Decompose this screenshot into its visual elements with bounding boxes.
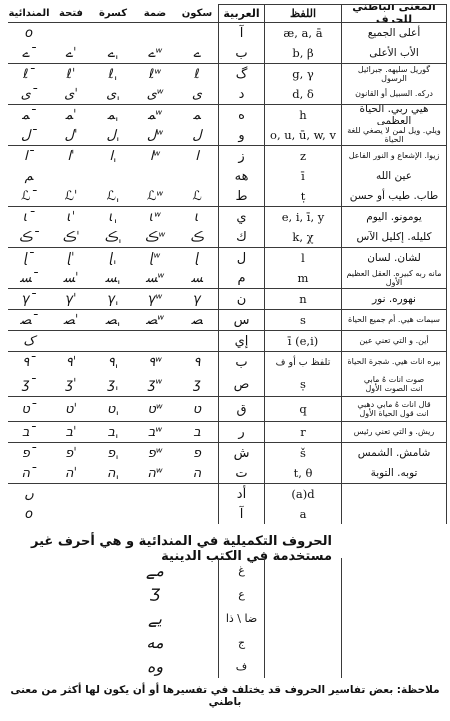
mandaic-glyph-fatha: ﻤˈ xyxy=(65,108,76,123)
letter-row-sin: سيمات هيي. أم جميع الحياةsسﺼﺼʷﺼˌﺼˈﺼˉ xyxy=(8,310,447,330)
mandaic-glyph-fatha: טˈ xyxy=(65,402,77,417)
pronunciation-cell: ī (e,i) xyxy=(264,331,341,351)
pronunciation-value: n xyxy=(299,292,306,306)
mandaic-glyph-cell-sukun: ט xyxy=(176,397,218,421)
mandaic-glyph-cell-damma: טʷ xyxy=(134,397,176,421)
alphabet-table: المعنى الباطني للحرف اللفظ العربية سكون … xyxy=(8,4,447,524)
arabic-letter-cell: ن xyxy=(218,289,264,309)
mandaic-glyph-cell-kasra: טˌ xyxy=(92,397,134,421)
arabic-letter-cell: آ xyxy=(218,23,264,43)
mandaic-glyph-cell-fatha xyxy=(50,331,92,351)
mandaic-glyph: وه xyxy=(147,657,163,676)
mandaic-glyph-cell-fatha: ىˈ xyxy=(50,84,92,104)
mandaic-glyph-cell-damma xyxy=(134,23,176,43)
mandaic-glyph-damma: ڪʷ xyxy=(145,230,165,245)
pronunciation-cell: z xyxy=(264,146,341,166)
mandaic-glyph-fatha: ɭˈ xyxy=(67,251,74,266)
mandaic-glyph-fatha: ۹ˈ xyxy=(66,355,77,370)
mandaic-glyph-cell-sukun: ﺴ xyxy=(176,268,218,288)
mandaic-glyph-cell-kasra xyxy=(92,331,134,351)
mandaic-glyph-cell-kasra: ﺼˌ xyxy=(92,310,134,330)
mandaic-glyph-cell-kasra: لˌ xyxy=(92,125,134,145)
meaning-text: كليله. إكليل الآس xyxy=(357,231,432,243)
mandaic-glyph-cell-mandaic: ڪˉ xyxy=(8,227,50,247)
meaning-text: زيوا. الإشعاع و النور الفاعل xyxy=(349,151,440,160)
mandaic-glyph-kasra: ىˌ xyxy=(106,87,120,102)
mandaic-glyph-mandaic: ےˉ xyxy=(22,46,36,61)
meaning-cell: الأب الأعلى xyxy=(341,43,447,63)
mandaic-glyph-damma: اʷ xyxy=(150,149,160,164)
pronunciation-cell: s xyxy=(264,310,341,330)
meaning-cell: هيي ربي. الحياة العظمى xyxy=(341,105,447,125)
column-header-sukun: سكون xyxy=(176,4,218,22)
meaning-text: لشان. لسان xyxy=(367,252,421,264)
mandaic-glyph-damma: ےʷ xyxy=(148,46,162,61)
mandaic-glyph-cell-sukun: ɩ xyxy=(176,207,218,227)
mandaic-glyph-fatha: ےˈ xyxy=(65,46,76,61)
meaning-text: هيي ربي. الحياة العظمى xyxy=(344,105,444,125)
mandaic-glyph-cell-mandaic: ک xyxy=(8,331,50,351)
pronunciation-cell: (a)d xyxy=(264,484,341,504)
letter-row-qaf: قال انات هُ مابي دهبيانت قول الحياة الأو… xyxy=(8,397,447,421)
mandaic-glyph-mandaic: ﻢ xyxy=(25,169,34,184)
letter-rows-container: أعلى الجميعæ, a, āآoالأب الأعلىb, βبےےʷے… xyxy=(8,23,447,524)
mandaic-glyph-cell-fatha: ʒˈ xyxy=(50,372,92,396)
mandaic-glyph-mandaic: ʒˉ xyxy=(22,377,36,392)
meaning-cell: نهوره. نور xyxy=(341,289,447,309)
letter-row-ya: يومونو. اليومe, i, ī, yيɩɩʷɩˌɩˈɩˉ xyxy=(8,207,447,227)
arabic-letter: هه xyxy=(235,169,249,184)
arabic-letter-cell: ر xyxy=(218,422,264,442)
mandaic-glyph-cell-mandaic: ىˉ xyxy=(8,84,50,104)
pronunciation-cell: š xyxy=(264,443,341,463)
arabic-letter: غ xyxy=(238,564,245,577)
letter-row-za: زيوا. الإشعاع و النور الفاعلzزااʷاˌاˈاˉ xyxy=(8,146,447,166)
arabic-letter-cell: أد xyxy=(218,484,264,504)
mandaic-glyph-cell-fatha: ڪˈ xyxy=(50,227,92,247)
meaning-text-line2: انت قول الحياة الأول xyxy=(359,409,428,418)
arabic-letter: ن xyxy=(237,292,247,307)
mandaic-glyph-sukun: ט xyxy=(193,402,201,417)
mandaic-glyph-damma: ﺼʷ xyxy=(146,313,164,328)
arabic-letter: ز xyxy=(238,149,244,164)
pronunciation-value: k, χ xyxy=(292,230,313,244)
mandaic-glyph-kasra: הˌ xyxy=(107,466,119,481)
meaning-text: توبه. التوبة xyxy=(371,467,418,479)
mandaic-glyph-cell-damma: ےʷ xyxy=(134,43,176,63)
column-header-fatha: فتحة xyxy=(50,4,92,22)
mandaic-glyph-cell-kasra xyxy=(92,504,134,524)
letter-row-tta: طاب. طيب أو حسنṭطℒℒʷℒˌℒˈℒˉ xyxy=(8,186,447,206)
arabic-letter: ت xyxy=(235,466,247,481)
supplementary-table: غمےعƷضا \ ذايےجمهفوه xyxy=(8,558,447,678)
meaning-text: صوت انات هُ مابي xyxy=(364,375,424,384)
mandaic-glyph-cell-damma: لʷ xyxy=(134,125,176,145)
supp-meaning-cell xyxy=(341,654,447,678)
letter-row-ga: گوريل سليهه. جبرائيل الرسولg, γگℓℓʷℓˌℓˈℓ… xyxy=(8,64,447,84)
mandaic-glyph-sukun: ى xyxy=(192,87,202,102)
arabic-letter: ع xyxy=(238,588,245,601)
mandaic-glyph-cell-mandaic: ﻤˉ xyxy=(8,105,50,125)
meaning-text: أين. و التي تعني عين xyxy=(359,336,428,345)
mandaic-glyph-sukun: ה xyxy=(193,466,202,481)
arabic-letter: ش xyxy=(234,446,250,461)
meaning-cell: قال انات هُ مابي دهبيانت قول الحياة الأو… xyxy=(341,397,447,421)
mandaic-glyph: يے xyxy=(148,609,162,628)
letter-row-ha: هيي ربي. الحياة العظمىhهﻤﻤʷﻤˌﻤˈﻤˉ xyxy=(8,105,447,125)
mandaic-glyph-cell-fatha: ﺼˈ xyxy=(50,310,92,330)
pronunciation-cell: r xyxy=(264,422,341,442)
pronunciation-value: o, u, ū, w, v xyxy=(270,128,336,142)
arabic-letter-cell: ب xyxy=(218,43,264,63)
mandaic-glyph-sukun: ɩ xyxy=(194,210,199,225)
pronunciation-value: ī (e,i) xyxy=(288,334,318,348)
mandaic-glyph-cell-mandaic: o xyxy=(8,504,50,524)
supplementary-row-5: فوه xyxy=(8,654,447,678)
pronunciation-cell: e, i, ī, y xyxy=(264,207,341,227)
meaning-cell: دركه. السبيل أو القانون xyxy=(341,84,447,104)
mandaic-glyph-mandaic: ℓˉ xyxy=(23,67,35,82)
letter-row-ra: ريش. و التي تعني رئيسrرבבʷבˌבˈבˉ xyxy=(8,422,447,442)
mandaic-glyph-sukun: ے xyxy=(193,46,201,61)
mandaic-glyph-cell-sukun: ى xyxy=(176,84,218,104)
arabic-letter: إي xyxy=(235,334,249,349)
mandaic-glyph-sukun: פ xyxy=(193,446,201,461)
mandaic-glyph-cell-fatha xyxy=(50,484,92,504)
letter-row-mim: مانه ربه كبيره. العقل العظيم الأولmمﺴﺴʷﺴ… xyxy=(8,268,447,288)
mandaic-glyph-damma: ىʷ xyxy=(147,87,164,102)
mandaic-glyph-damma: ﺴʷ xyxy=(146,271,164,286)
mandaic-glyph-cell-damma: ʒʷ xyxy=(134,372,176,396)
meaning-text: عين الله xyxy=(376,170,412,182)
pronunciation-cell: a xyxy=(264,504,341,524)
supplementary-row-3: ضا \ ذايے xyxy=(8,606,447,630)
mandaic-glyph-sukun: ℓ xyxy=(194,67,199,82)
mandaic-glyph-mandaic: ىˉ xyxy=(21,87,38,102)
arabic-letter: أد xyxy=(237,487,246,502)
meaning-cell: يومونو. اليوم xyxy=(341,207,447,227)
mandaic-glyph-cell-fatha: ɭˈ xyxy=(50,248,92,268)
mandaic-glyph-cell-mandaic: טˉ xyxy=(8,397,50,421)
pronunciation-cell: t, θ xyxy=(264,463,341,483)
mandaic-glyph-cell-kasra: ﺴˌ xyxy=(92,268,134,288)
meaning-cell: ريش. و التي تعني رئيس xyxy=(341,422,447,442)
mandaic-glyph-cell-fatha xyxy=(50,504,92,524)
supp-pronunciation-cell xyxy=(264,582,341,606)
mandaic-glyph-cell-kasra: ےˌ xyxy=(92,43,134,63)
letter-row-a2: aآo xyxy=(8,504,447,524)
arabic-letter: ف xyxy=(236,660,247,673)
mandaic-glyph-cell-damma: ﺼʷ xyxy=(134,310,176,330)
mandaic-glyph-cell-mandaic: ﻢ xyxy=(8,166,50,186)
letter-row-pa: بيره انات هيي. شجرة الحياةتلفظ ب أو فب۹۹… xyxy=(8,352,447,372)
mandaic-glyph-cell-sukun xyxy=(176,484,218,504)
meaning-cell: گوريل سليهه. جبرائيل الرسول xyxy=(341,64,447,84)
mandaic-glyph-cell-mandaic: ℓˉ xyxy=(8,64,50,84)
mandaic-glyph-cell-mandaic: ں xyxy=(8,484,50,504)
mandaic-glyph-damma: ﻤʷ xyxy=(148,108,162,123)
arabic-letter: ل xyxy=(237,251,246,266)
mandaic-glyph-cell-damma xyxy=(134,331,176,351)
supp-pronunciation-cell xyxy=(264,606,341,630)
arabic-letter: ق xyxy=(236,402,246,417)
mandaic-glyph-kasra: ɩˌ xyxy=(109,210,118,225)
mandaic-glyph-cell-damma xyxy=(134,166,176,186)
mandaic-glyph-cell-sukun xyxy=(176,331,218,351)
pronunciation-cell: h xyxy=(264,105,341,125)
mandaic-glyph-fatha: פˈ xyxy=(65,446,77,461)
mandaic-glyph-cell-kasra: הˌ xyxy=(92,463,134,483)
mandaic-glyph-cell-damma: ɩʷ xyxy=(134,207,176,227)
mandaic-glyph-fatha: لˈ xyxy=(64,128,77,143)
supp-arabic-letter-cell: ع xyxy=(218,582,264,606)
pronunciation-cell: n xyxy=(264,289,341,309)
pronunciation-value: (a)d xyxy=(291,487,314,501)
mandaic-glyph-cell-damma: ℒʷ xyxy=(134,186,176,206)
meaning-text: مانه ربه كبيره. العقل العظيم الأول xyxy=(344,269,444,287)
arabic-letter: ه xyxy=(238,108,245,123)
meaning-cell: أين. و التي تعني عين xyxy=(341,331,447,351)
arabic-letter-cell: ص xyxy=(218,372,264,396)
letter-row-shin: شامش. الشمسšشפפʷפˌפˈפˉ xyxy=(8,443,447,463)
pronunciation-value: m xyxy=(298,271,309,285)
mandaic-glyph-cell-kasra: פˌ xyxy=(92,443,134,463)
mandaic-glyph-fatha: הˈ xyxy=(65,466,77,481)
arabic-letter-cell: آ xyxy=(218,504,264,524)
mandaic-glyph-mandaic: ﻤˉ xyxy=(22,108,36,123)
pronunciation-cell: q xyxy=(264,397,341,421)
letter-row-kaf: كليله. إكليل الآسk, χكڪڪʷڪˌڪˈڪˉ xyxy=(8,227,447,247)
mandaic-glyph-cell-fatha: ɩˈ xyxy=(50,207,92,227)
mandaic-glyph-cell-mandaic: ۹ˉ xyxy=(8,352,50,372)
pronunciation-value: t, θ xyxy=(294,466,313,480)
mandaic-glyph-cell-sukun: ﺼ xyxy=(176,310,218,330)
meaning-text: دركه. السبيل أو القانون xyxy=(355,89,433,98)
mandaic-glyph-sukun: γ xyxy=(193,292,201,307)
footer-note: ملاحظة: بعض تفاسير الحروف قد يختلف في تف… xyxy=(0,684,450,708)
mandaic-glyph-cell-damma: ۹ʷ xyxy=(134,352,176,372)
mandaic-glyph: مے xyxy=(146,561,164,580)
arabic-letter-cell: ب xyxy=(218,352,264,372)
pronunciation-cell: l xyxy=(264,248,341,268)
pronunciation-value: h xyxy=(299,108,306,122)
mandaic-glyph-cell-sukun: ℒ xyxy=(176,186,218,206)
mandaic-glyph-cell-sukun: ɭ xyxy=(176,248,218,268)
pronunciation-cell: k, χ xyxy=(264,227,341,247)
mandaic-glyph-damma: ℓʷ xyxy=(149,67,161,82)
meaning-cell xyxy=(341,484,447,504)
supp-arabic-letter-cell: ف xyxy=(218,654,264,678)
mandaic-glyph-cell-kasra xyxy=(92,23,134,43)
pronunciation-value: z xyxy=(300,149,306,163)
pronunciation-cell: ī xyxy=(264,166,341,186)
mandaic-glyph-cell-mandaic: لˉ xyxy=(8,125,50,145)
mandaic-glyph-kasra: ʒˌ xyxy=(107,377,118,392)
pronunciation-cell: æ, a, ā xyxy=(264,23,341,43)
mandaic-glyph-cell-fatha xyxy=(50,23,92,43)
mandaic-glyph-cell-mandaic: ےˉ xyxy=(8,43,50,63)
mandaic-glyph-cell-mandaic: ﺼˉ xyxy=(8,310,50,330)
mandaic-glyph-cell-kasra: בˌ xyxy=(92,422,134,442)
arabic-letter-cell: ق xyxy=(218,397,264,421)
mandaic-glyph-cell-fatha: لˈ xyxy=(50,125,92,145)
mandaic-glyph-cell-sukun xyxy=(176,504,218,524)
pronunciation-cell: d, δ xyxy=(264,84,341,104)
meaning-text: گوريل سليهه. جبرائيل الرسول xyxy=(344,65,444,83)
meaning-cell: عين الله xyxy=(341,166,447,186)
mandaic-glyph-cell-kasra: ℒˌ xyxy=(92,186,134,206)
meaning-cell: ويلي. ويل لمن لا يصغي للغة الحياة xyxy=(341,125,447,145)
supp-meaning-cell xyxy=(341,630,447,654)
pronunciation-value: تلفظ ب أو ف xyxy=(276,357,331,368)
supp-mandaic-glyph-cell: مے xyxy=(8,558,218,582)
mandaic-glyph-damma: ʒʷ xyxy=(148,377,162,392)
pronunciation-value: e, i, ī, y xyxy=(282,210,325,224)
letter-row-ee: عين اللهīههﻢ xyxy=(8,166,447,186)
mandaic-glyph-mandaic: ﺴˉ xyxy=(20,271,38,286)
mandaic-glyph-cell-kasra xyxy=(92,484,134,504)
mandaic-glyph-sukun: ﺼ xyxy=(191,313,202,328)
meaning-cell: أعلى الجميع xyxy=(341,23,447,43)
pronunciation-value: g, γ xyxy=(292,67,314,81)
supp-arabic-letter-cell: غ xyxy=(218,558,264,582)
arabic-letter-cell: ز xyxy=(218,146,264,166)
mandaic-glyph-fatha: ڪˈ xyxy=(62,230,79,245)
pronunciation-value: r xyxy=(300,425,306,439)
mandaic-glyph-kasra: טˌ xyxy=(107,402,119,417)
mandaic-glyph-cell-kasra: ڪˌ xyxy=(92,227,134,247)
letter-row-ad: (a)dأدں xyxy=(8,484,447,504)
meaning-text: ريش. و التي تعني رئيس xyxy=(354,427,434,436)
mandaic-glyph-mandaic: ک xyxy=(23,334,35,349)
mandaic-glyph-kasra: γˌ xyxy=(107,292,118,307)
mandaic-glyph-fatha: ﺴˈ xyxy=(63,271,78,286)
supp-pronunciation-cell xyxy=(264,654,341,678)
letter-row-ii: أين. و التي تعني عينī (e,i)إيک xyxy=(8,331,447,351)
mandaic-glyph-cell-sukun: ے xyxy=(176,43,218,63)
mandaic-glyph-cell-damma: ڪʷ xyxy=(134,227,176,247)
pronunciation-value: a xyxy=(300,507,307,521)
mandaic-glyph-damma: בʷ xyxy=(148,425,162,440)
mandaic-glyph-kasra: ɭˌ xyxy=(109,251,116,266)
supp-mandaic-glyph-cell: مه xyxy=(8,630,218,654)
mandaic-glyph-kasra: ڪˌ xyxy=(104,230,121,245)
mandaic-glyph-kasra: ےˌ xyxy=(107,46,118,61)
mandaic-glyph: مه xyxy=(146,633,163,652)
supplementary-row-2: عƷ xyxy=(8,582,447,606)
mandaic-glyph-fatha: ℓˈ xyxy=(67,67,76,82)
supp-pronunciation-cell xyxy=(264,630,341,654)
mandaic-glyph-mandaic: פˉ xyxy=(22,446,37,461)
mandaic-glyph-mandaic: ﺼˉ xyxy=(20,313,38,328)
mandaic-alphabet-page: المعنى الباطني للحرف اللفظ العربية سكون … xyxy=(0,0,450,721)
pronunciation-value: æ, a, ā xyxy=(283,26,322,40)
arabic-letter: م xyxy=(237,271,245,286)
mandaic-glyph-damma: ℒʷ xyxy=(147,189,163,204)
mandaic-glyph-cell-damma: ɭʷ xyxy=(134,248,176,268)
meaning-text: قال انات هُ مابي دهبي xyxy=(357,400,430,409)
mandaic-glyph-fatha: ɩˈ xyxy=(67,210,76,225)
mandaic-glyph-sukun: ʒ xyxy=(193,377,201,392)
supplementary-row-4: جمه xyxy=(8,630,447,654)
supp-arabic-letter-cell: ضا \ ذا xyxy=(218,606,264,630)
mandaic-glyph-cell-fatha: ےˈ xyxy=(50,43,92,63)
mandaic-glyph-cell-damma: ℓʷ xyxy=(134,64,176,84)
mandaic-glyph-cell-sukun: ڪ xyxy=(176,227,218,247)
pronunciation-value: d, δ xyxy=(292,87,314,101)
mandaic-glyph-cell-fatha: ℓˈ xyxy=(50,64,92,84)
mandaic-glyph-mandaic: ℒˉ xyxy=(21,189,37,204)
pronunciation-value: š xyxy=(300,446,306,460)
meaning-text: ويلي. ويل لمن لا يصغي للغة الحياة xyxy=(344,126,444,144)
meaning-cell: طاب. طيب أو حسن xyxy=(341,186,447,206)
mandaic-glyph-damma: ۹ʷ xyxy=(148,355,162,370)
column-header-arabic: العربية xyxy=(218,4,264,22)
mandaic-glyph-mandaic: בˉ xyxy=(22,425,36,440)
mandaic-glyph-cell-sukun: ℓ xyxy=(176,64,218,84)
mandaic-glyph-cell-sukun xyxy=(176,23,218,43)
pronunciation-value: ī xyxy=(301,169,305,183)
mandaic-glyph-damma: لʷ xyxy=(147,128,163,143)
mandaic-glyph-cell-fatha: ۹ˈ xyxy=(50,352,92,372)
mandaic-glyph-kasra: لˌ xyxy=(106,128,119,143)
arabic-letter-cell: ط xyxy=(218,186,264,206)
mandaic-glyph-cell-kasra: ɭˌ xyxy=(92,248,134,268)
arabic-letter: ك xyxy=(236,230,247,245)
supp-mandaic-glyph-cell: Ʒ xyxy=(8,582,218,606)
mandaic-glyph-mandaic: لˉ xyxy=(21,128,37,143)
mandaic-glyph-cell-damma xyxy=(134,504,176,524)
mandaic-glyph-cell-sukun: ב xyxy=(176,422,218,442)
mandaic-glyph-cell-sukun: ل xyxy=(176,125,218,145)
mandaic-glyph-cell-kasra: ۹ˌ xyxy=(92,352,134,372)
mandaic-glyph-cell-mandaic: פˉ xyxy=(8,443,50,463)
mandaic-glyph-cell-kasra: اˌ xyxy=(92,146,134,166)
mandaic-glyph-kasra: בˌ xyxy=(107,425,118,440)
mandaic-glyph-cell-mandaic: בˉ xyxy=(8,422,50,442)
mandaic-glyph-mandaic: הˉ xyxy=(22,466,37,481)
mandaic-glyph-fatha: ℒˈ xyxy=(65,189,78,204)
mandaic-glyph-cell-sukun: γ xyxy=(176,289,218,309)
arabic-letter: ب xyxy=(235,355,247,370)
mandaic-glyph-cell-kasra xyxy=(92,166,134,186)
mandaic-glyph-mandaic: ں xyxy=(24,487,34,502)
mandaic-glyph-mandaic: γˉ xyxy=(22,292,36,307)
mandaic-glyph-cell-mandaic: اˉ xyxy=(8,146,50,166)
mandaic-glyph-damma: טʷ xyxy=(147,402,162,417)
supp-meaning-cell xyxy=(341,582,447,606)
mandaic-glyph-cell-kasra: ʒˌ xyxy=(92,372,134,396)
pronunciation-value: s xyxy=(300,313,306,327)
mandaic-glyph-cell-damma: ﻤʷ xyxy=(134,105,176,125)
mandaic-glyph-fatha: ʒˈ xyxy=(65,377,76,392)
arabic-letter: ر xyxy=(238,425,244,440)
mandaic-glyph-cell-mandaic: o xyxy=(8,23,50,43)
arabic-letter: د xyxy=(239,87,245,102)
mandaic-glyph-sukun: ۹ xyxy=(194,355,201,370)
mandaic-glyph-cell-sukun xyxy=(176,166,218,186)
mandaic-glyph-kasra: ۹ˌ xyxy=(108,355,119,370)
mandaic-glyph-cell-mandaic: γˉ xyxy=(8,289,50,309)
mandaic-glyph-cell-damma: בʷ xyxy=(134,422,176,442)
mandaic-glyph-cell-fatha: ﺴˈ xyxy=(50,268,92,288)
supplementary-rows-container: غمےعƷضا \ ذايےجمهفوه xyxy=(8,558,447,678)
mandaic-glyph-fatha: ىˈ xyxy=(64,87,78,102)
arabic-letter-cell: و xyxy=(218,125,264,145)
meaning-cell: كليله. إكليل الآس xyxy=(341,227,447,247)
mandaic-glyph-kasra: ℓˌ xyxy=(109,67,118,82)
supp-meaning-cell xyxy=(341,606,447,630)
